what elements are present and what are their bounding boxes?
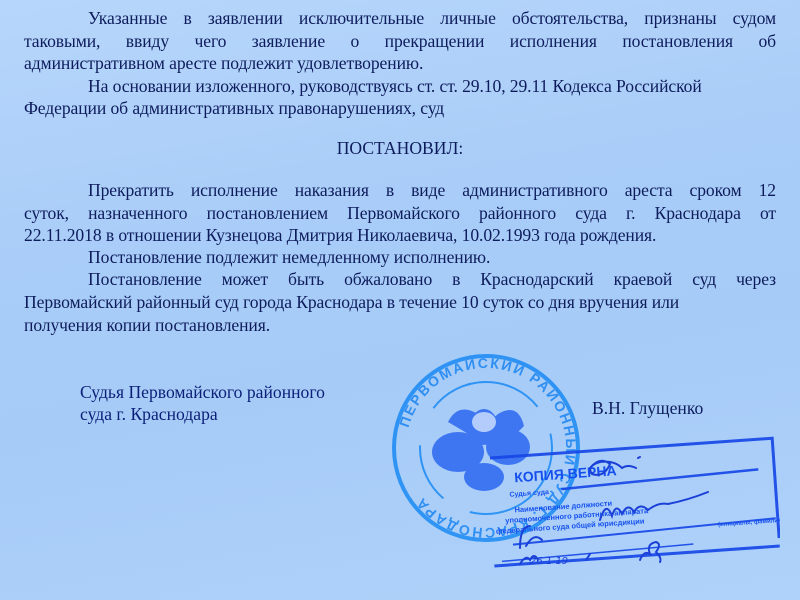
word: обжаловано bbox=[344, 268, 432, 290]
word: Первомайского bbox=[347, 202, 460, 224]
paragraph-2-line-1: На основании изложенного, руководствуясь… bbox=[88, 75, 702, 97]
handwritten-date: 26 1 19 bbox=[530, 556, 568, 567]
word: прекращении bbox=[385, 30, 485, 52]
word: Прекратить bbox=[88, 179, 174, 201]
word: чего bbox=[195, 30, 227, 52]
paragraph-3-line-3: 22.11.2018 в отношении Кузнецова Дмитрия… bbox=[24, 224, 656, 246]
word: заявление bbox=[252, 30, 325, 52]
word: Краснодарский bbox=[480, 268, 593, 290]
word: суда bbox=[575, 202, 607, 224]
word: исполнения bbox=[510, 30, 597, 52]
word: суд bbox=[692, 268, 716, 290]
word: о bbox=[350, 30, 359, 52]
word: Краснодара bbox=[655, 202, 741, 224]
word: г. bbox=[626, 202, 635, 224]
paragraph-2-line-2: Федерации об административных правонаруш… bbox=[24, 97, 444, 119]
word: административного bbox=[462, 179, 608, 201]
word: об bbox=[758, 30, 776, 52]
word: суток, bbox=[24, 202, 69, 224]
paragraph-5-line-3: получения копии постановления. bbox=[24, 314, 270, 336]
paragraph-5-line-2: Первомайский районный суд города Краснод… bbox=[24, 291, 679, 313]
paragraph-1-line-2: таковыми, ввиду чего заявление о прекращ… bbox=[24, 30, 776, 52]
word: назначенного bbox=[88, 202, 187, 224]
paragraph-1-line-1: Указанные в заявлении исключительные лич… bbox=[88, 7, 776, 29]
word: в bbox=[452, 268, 460, 290]
ruling-heading: ПОСТАНОВИЛ: bbox=[0, 137, 800, 159]
judge-name: В.Н. Глущенко bbox=[592, 397, 703, 419]
copy-stamp-caption: (инициалы, фамилия) bbox=[718, 517, 780, 529]
word: может bbox=[222, 268, 268, 290]
word: исполнение bbox=[191, 179, 278, 201]
word: 12 bbox=[759, 179, 776, 201]
word: быть bbox=[288, 268, 324, 290]
word: ареста bbox=[625, 179, 673, 201]
word: постановления bbox=[622, 30, 733, 52]
word: ввиду bbox=[126, 30, 169, 52]
paragraph-5-line-1: Постановление может быть обжаловано в Кр… bbox=[88, 268, 776, 290]
copy-certified-stamp: КОПИЯ ВЕРНА Судья суда Наименование долж… bbox=[490, 428, 780, 568]
paragraph-4-line-1: Постановление подлежит немедленному испо… bbox=[88, 246, 490, 268]
word: от bbox=[760, 202, 776, 224]
paragraph-1-line-3: административном аресте подлежит удовлет… bbox=[24, 52, 423, 74]
word: сроком bbox=[690, 179, 742, 201]
judge-title-line-2: суда г. Краснодара bbox=[80, 403, 218, 425]
word: через bbox=[736, 268, 776, 290]
word: в bbox=[386, 179, 394, 201]
paragraph-3-line-2: суток, назначенного постановлением Перво… bbox=[24, 202, 776, 224]
word: районного bbox=[479, 202, 556, 224]
copy-stamp-line-1: Судья суда bbox=[509, 489, 549, 499]
judge-title-line-1: Судья Первомайского районного bbox=[80, 381, 325, 403]
paragraph-3-line-1: Прекратить исполнение наказания в виде а… bbox=[88, 179, 776, 201]
word: таковыми, bbox=[24, 30, 100, 52]
word: Постановление bbox=[88, 268, 202, 290]
word: виде bbox=[411, 179, 445, 201]
word: краевой bbox=[614, 268, 673, 290]
word: наказания bbox=[295, 179, 369, 201]
court-ruling-page: Указанные в заявлении исключительные лич… bbox=[0, 0, 800, 600]
word: постановлением bbox=[207, 202, 328, 224]
